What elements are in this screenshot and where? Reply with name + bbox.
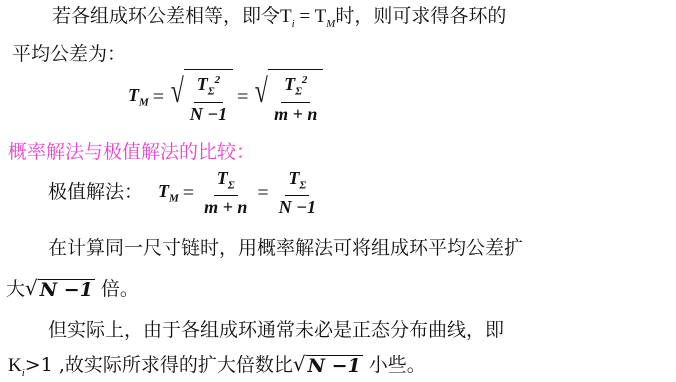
paragraph-4-line-1: 但实际上，由于各组成环通常未必是正态分布曲线，即 (48, 318, 504, 342)
T-M: TM (158, 181, 179, 205)
sub-M: M (326, 18, 335, 30)
formula-extreme: TM = TΣ m + n = TΣ N −1 (158, 168, 322, 218)
paragraph-1-line-2: 平均公差为： (12, 42, 126, 66)
sqrt-2: √ TΣ2 m + n (252, 69, 323, 125)
sqrt-N-minus-1: √N −1 (25, 276, 95, 300)
paragraph-1-line-1: 若各组成环公差相等，即令Ti = TM时，则可求得各环的 (52, 4, 506, 36)
var-T: T (280, 6, 292, 27)
paragraph-3-line-1: 在计算同一尺寸链时，用概率解法可将组成环平均公差扩 (48, 236, 523, 260)
sqrt-N-minus-1: √N −1 (293, 352, 363, 376)
formula-probability: TM = √ TΣ2 N −1 = √ TΣ2 m + n (128, 72, 323, 122)
fraction-1: TΣ m + n (201, 168, 250, 219)
sqrt-1: √ TΣ2 N −1 (168, 69, 233, 125)
section-heading: 概率解法与极值解法的比较： (8, 140, 255, 164)
extreme-label: 极值解法： (48, 180, 143, 204)
text: 时，则可求得各环的 (335, 5, 506, 27)
text: 若各组成环公差相等，即令 (52, 5, 280, 27)
fraction-2: TΣ N −1 (276, 168, 319, 219)
equals: = (237, 86, 248, 109)
equals: = (153, 86, 164, 109)
T-M: TM (128, 85, 149, 109)
paragraph-3-line-2: 大√N −1 倍。 (6, 276, 139, 301)
paragraph-4-line-2: Ki>1 ,故实际所求得的扩大倍数比√N −1 小些。 (8, 352, 426, 382)
var-T: T (315, 6, 327, 27)
equals: = (295, 6, 315, 27)
